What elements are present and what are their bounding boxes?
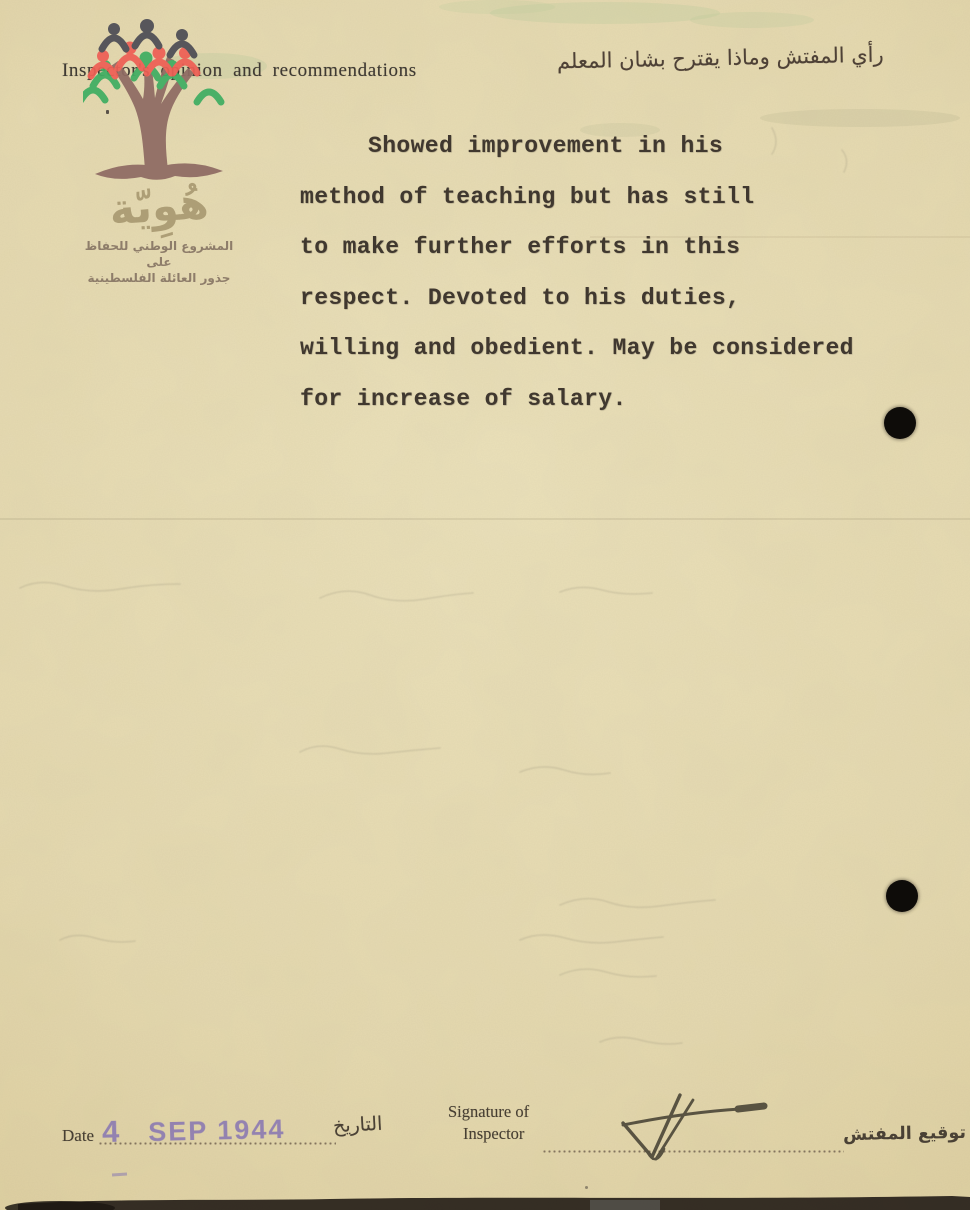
paper-crease (0, 518, 970, 520)
typed-line: to make further efforts in this (300, 222, 900, 273)
inspector-signature (598, 1083, 783, 1178)
typed-line: method of teaching but has still (300, 172, 900, 223)
date-stamp-month-year: SEP 1944 (148, 1114, 286, 1148)
logo-subtitle-line2: جذور العائلة الفلسطينية (83, 270, 235, 286)
signature-label-line1: Signature of (448, 1101, 529, 1123)
logo-subtitle-line1: المشروع الوطني للحفاظ على (83, 238, 235, 270)
typed-line: respect. Devoted to his duties, (300, 273, 900, 324)
typed-line: for increase of salary. (300, 374, 900, 425)
typed-line: willing and obedient. May be considered (300, 323, 900, 374)
family-tree-icon (83, 2, 235, 187)
signature-label-line2: Inspector (463, 1123, 529, 1145)
document-page: Inspector's opinion and recommendations … (0, 0, 970, 1210)
logo-wordmark: هُوِيّة (82, 181, 237, 234)
date-label-arabic: التاريخ (332, 1113, 382, 1138)
signature-label: Signature of Inspector (448, 1101, 529, 1145)
ink-speck (585, 1186, 588, 1189)
typed-line: Showed improvement in his (300, 121, 900, 172)
hole-punch-mark (884, 407, 916, 439)
huwiyya-watermark-logo: هُوِيّة المشروع الوطني للحفاظ على جذور ا… (83, 2, 235, 286)
signature-label-arabic: توقيع المفتش (843, 1123, 966, 1145)
date-stamp-day: 4 (102, 1114, 122, 1150)
date-stamp: 4 SEP 1944 (102, 1110, 286, 1150)
inspector-remarks: Showed improvement in his method of teac… (300, 121, 900, 424)
date-label: Date (62, 1126, 94, 1146)
hole-punch-mark (886, 880, 918, 912)
scan-edge-shadow (0, 1190, 970, 1210)
